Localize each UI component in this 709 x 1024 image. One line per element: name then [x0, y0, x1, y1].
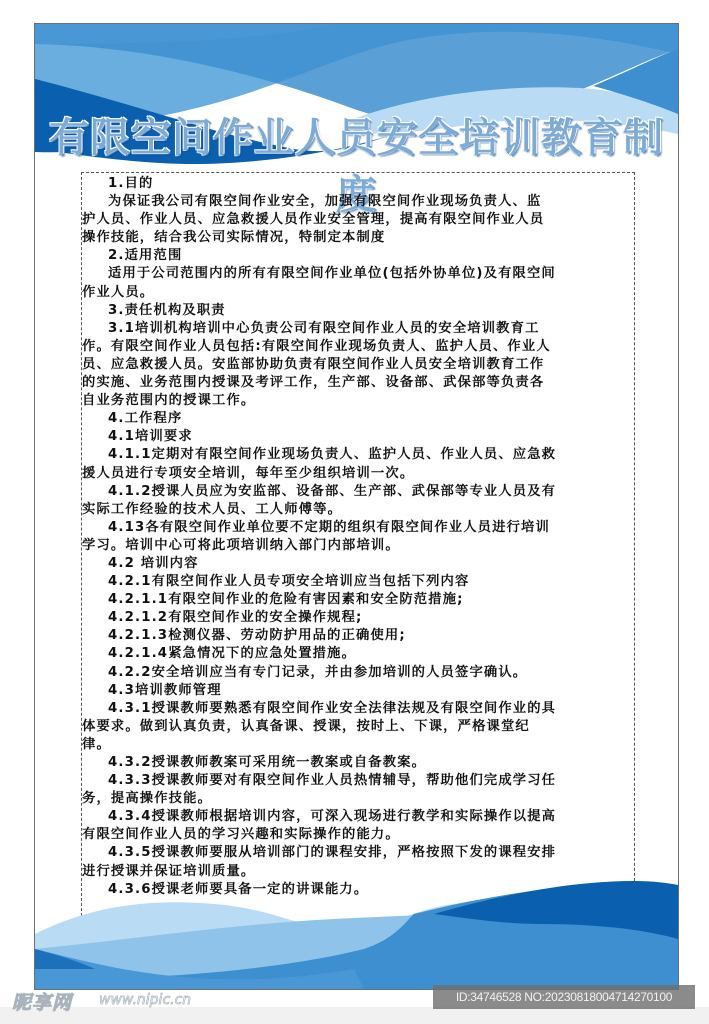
document-line: 员、应急救援人员。安监部协助负责有限空间作业人员安全培训教育工作 [82, 356, 634, 374]
document-line: 体要求。做到认真负责，认真备课、授课，按时上、下课，严格课堂纪 [82, 718, 634, 736]
poster: 有限空间作业人员安全培训教育制度 1.目的为保证我公司有限空间作业安全，加强有限… [34, 23, 679, 990]
document-line: 的实施、业务范围内授课及考评工作，生产部、设备部、武保部等负责各 [82, 374, 634, 392]
document-line: 有限空间作业人员的学习兴趣和实际操作的能力。 [82, 826, 634, 844]
document-line: 1.目的 [82, 175, 634, 193]
document-line: 4.3.2授课教师教案可采用统一教案或自备教案。 [82, 754, 634, 772]
document-line: 4.3.3授课教师要对有限空间作业人员热情辅导，帮助他们完成学习任 [82, 772, 634, 790]
document-line: 自业务范围内的授课工作。 [82, 392, 634, 410]
document-line: 4.工作程序 [82, 410, 634, 428]
content-box: 1.目的为保证我公司有限空间作业安全，加强有限空间作业现场负责人、监护人员、作业… [81, 172, 635, 926]
document-line: 为保证我公司有限空间作业安全，加强有限空间作业现场负责人、监 [82, 193, 634, 211]
document-line: 适用于公司范围内的所有有限空间作业单位(包括外协单位)及有限空间 [82, 265, 634, 283]
document-line: 实际工作经验的技术人员、工人师傅等。 [82, 501, 634, 519]
document-line: 4.3.5授课教师要服从培训部门的课程安排，严格按照下发的课程安排 [82, 844, 634, 862]
document-line: 3.1培训机构培训中心负责公司有限空间作业人员的安全培训教育工 [82, 320, 634, 338]
document-line: 律。 [82, 736, 634, 754]
document-line: 4.3培训教师管理 [82, 682, 634, 700]
document-line: 4.13各有限空间作业单位要不定期的组织有限空间作业人员进行培训 [82, 519, 634, 537]
watermark-url: www.nipic.cn [99, 992, 191, 1008]
document-line: 4.3.1授课教师要熟悉有限空间作业安全法律法规及有限空间作业的具 [82, 700, 634, 718]
document-line: 4.1培训要求 [82, 428, 634, 446]
document-line: 4.2.1.4紧急情况下的应急处置措施。 [82, 645, 634, 663]
document-line: 4.1.2授课人员应为安监部、设备部、生产部、武保部等专业人员及有 [82, 483, 634, 501]
watermark-logo: 昵享网 [12, 988, 72, 1015]
document-line: 4.2.1.2有限空间作业的安全操作规程; [82, 609, 634, 627]
document-line: 作业人员。 [82, 284, 634, 302]
document-line: 2.适用范围 [82, 247, 634, 265]
document-line: 4.2.1.1有限空间作业的危险有害因素和安全防范措施; [82, 591, 634, 609]
document-line: 3.责任机构及职责 [82, 302, 634, 320]
document-line: 4.2.1有限空间作业人员专项安全培训应当包括下列内容 [82, 573, 634, 591]
document-line: 务，提高操作技能。 [82, 790, 634, 808]
document-line: 4.2.1.3检测仪器、劳动防护用品的正确使用; [82, 627, 634, 645]
document-line: 4.3.4授课教师根据培训内容，可深入现场进行教学和实际操作以提高 [82, 808, 634, 826]
document-line: 4.2.2安全培训应当有专门记录，并由参加培训的人员签字确认。 [82, 664, 634, 682]
document-line: 学习。培训中心可将此项培训纳入部门内部培训。 [82, 537, 634, 555]
document-line: 4.2 培训内容 [82, 555, 634, 573]
watermark-id-badge: ID:34746528 NO:20230818004714270100 [433, 985, 695, 1009]
bottom-wave-decoration [35, 869, 678, 989]
document-line: 护人员、作业人员、应急救援人员作业安全管理，提高有限空间作业人员 [82, 211, 634, 229]
document-line: 4.1.1定期对有限空间作业现场负责人、监护人员、作业人员、应急救 [82, 446, 634, 464]
document-line: 作。有限空间作业人员包括:有限空间作业现场负责人、监护人员、作业人 [82, 338, 634, 356]
document-line: 援人员进行专项安全培训，每年至少组织培训一次。 [82, 465, 634, 483]
document-line: 操作技能，结合我公司实际情况，特制定本制度 [82, 229, 634, 247]
bottom-strip [0, 1007, 709, 1024]
